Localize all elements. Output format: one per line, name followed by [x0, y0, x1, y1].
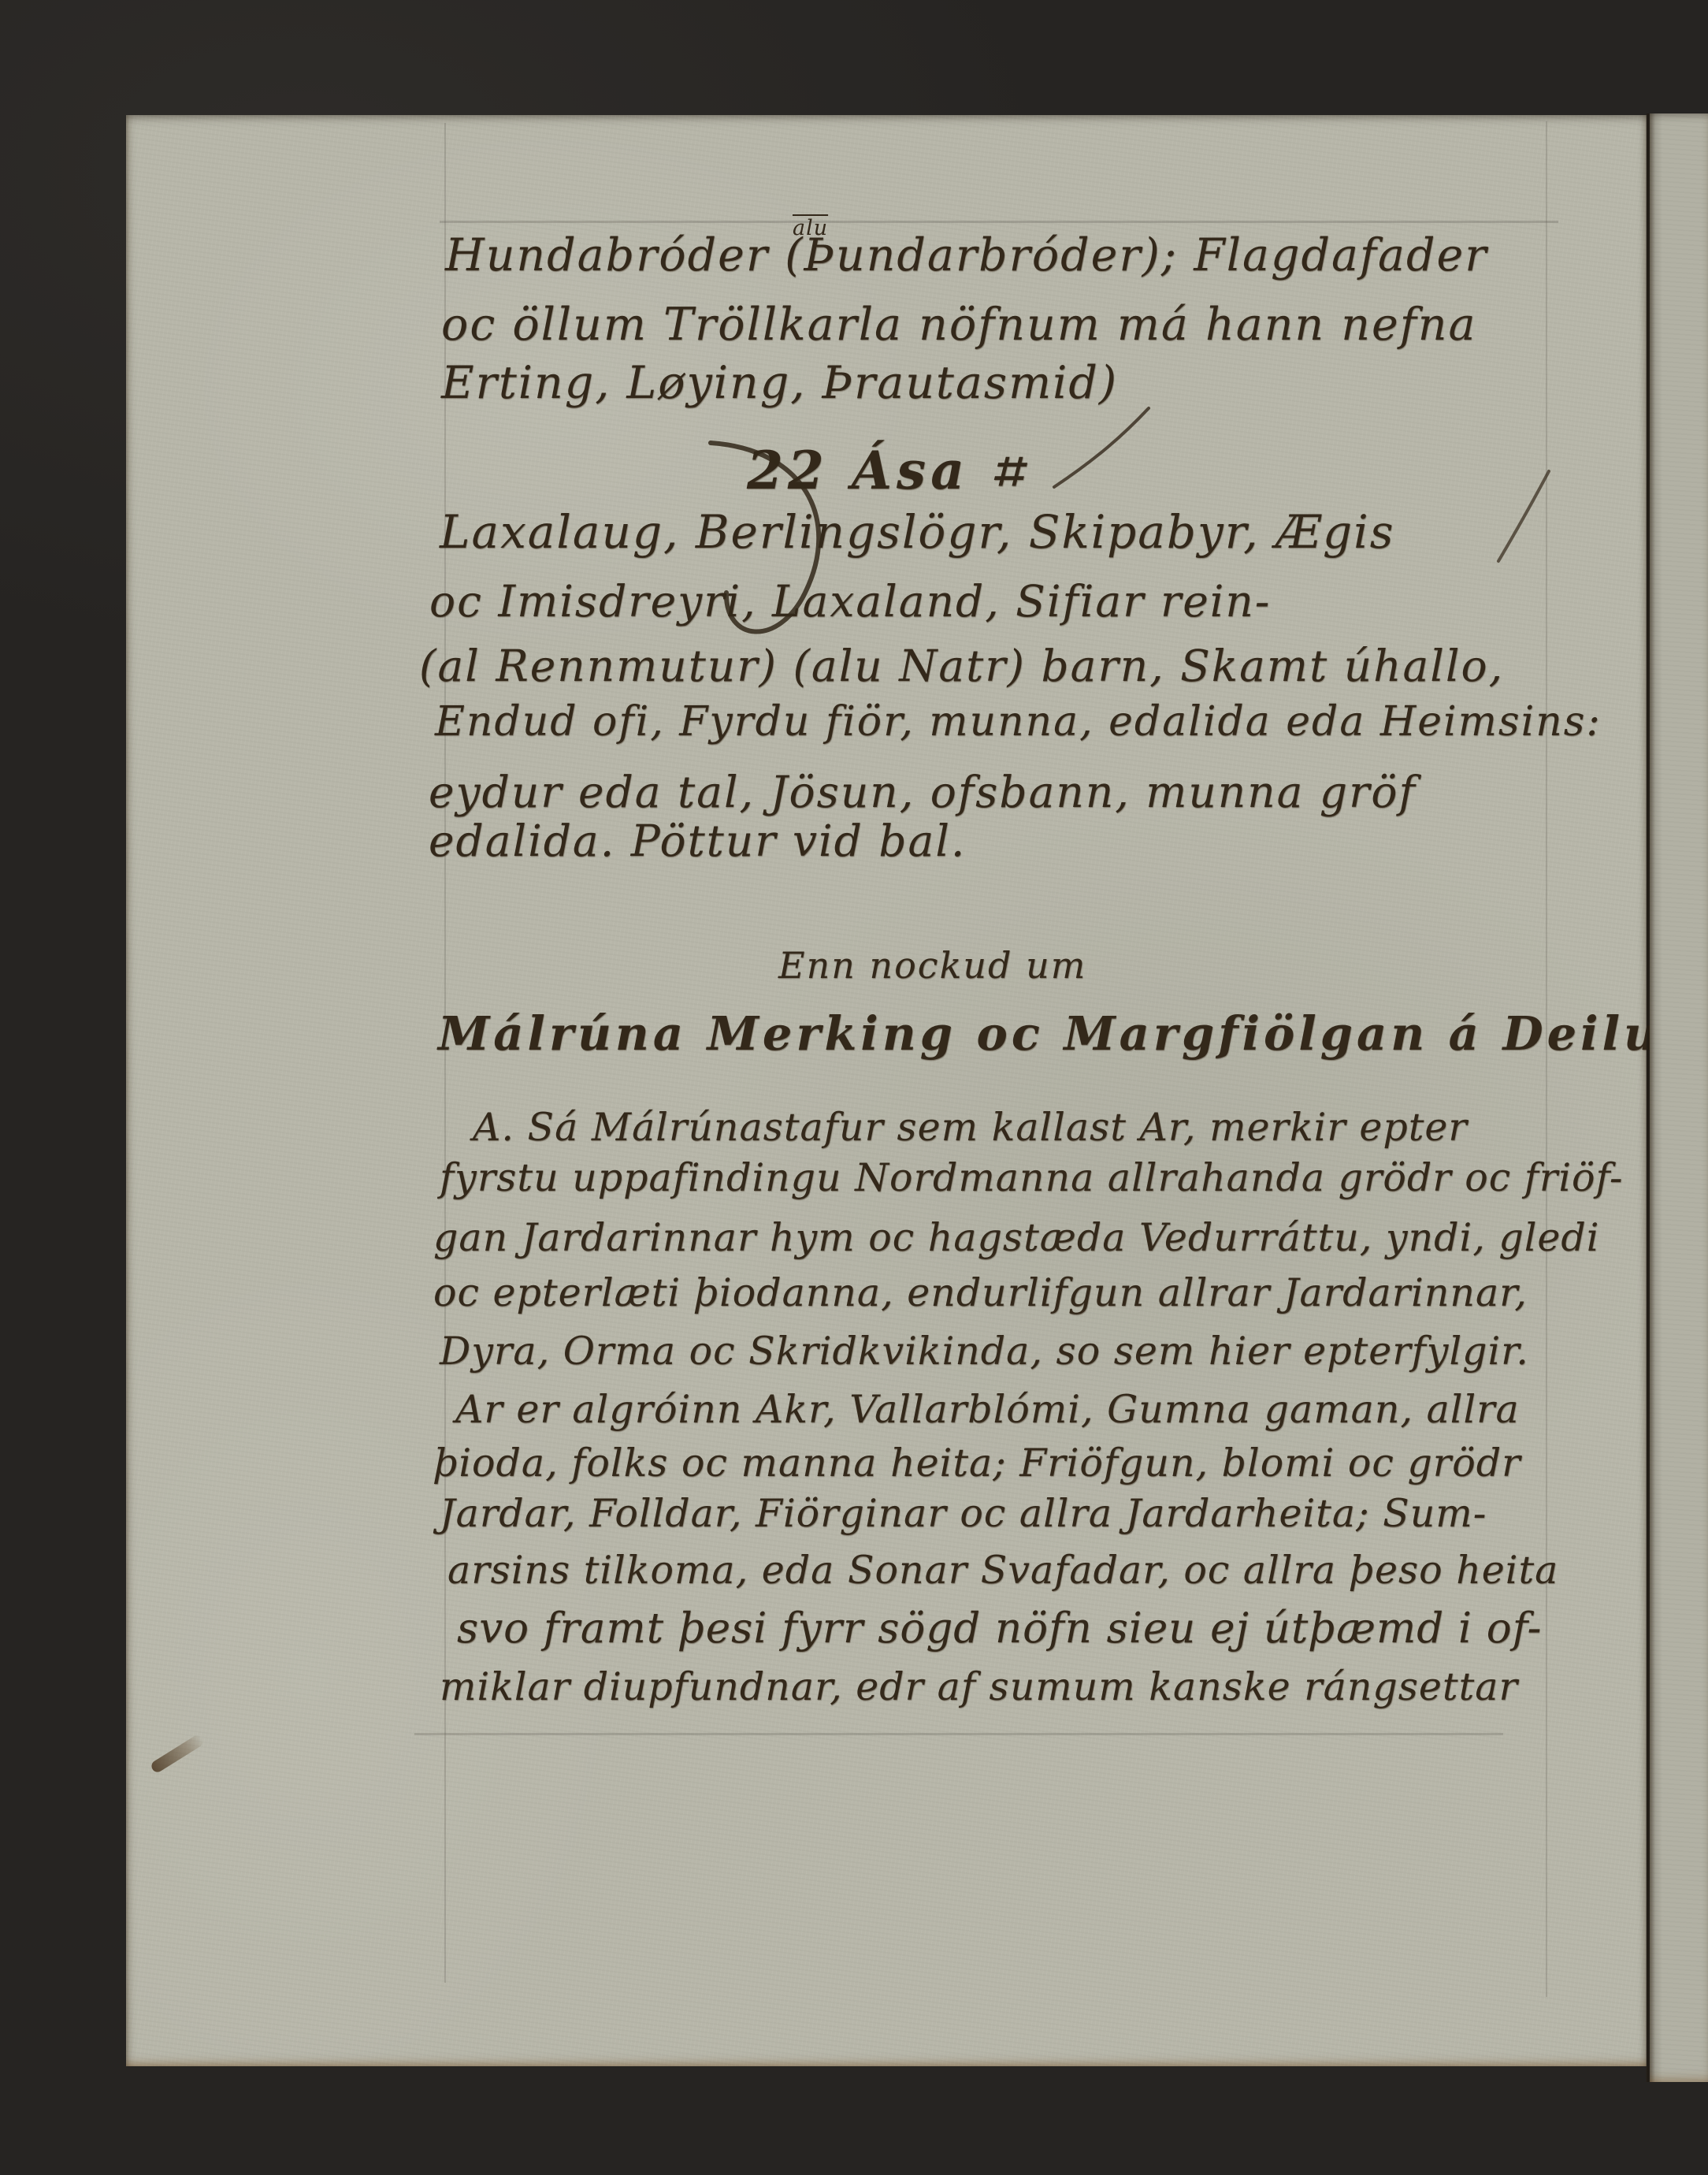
pen-flourish-tail — [711, 443, 819, 632]
manuscript-page: Hundabróder (Þundarbróder); Flagdafader … — [126, 115, 1647, 2066]
facing-page-edge — [1650, 113, 1708, 2082]
pen-flourish-upstroke — [1498, 471, 1549, 561]
flourish-strokes — [126, 115, 1647, 2066]
archive-photo-background: Hundabróder (Þundarbróder); Flagdafader … — [0, 0, 1708, 2175]
pen-flourish-upstroke — [1054, 408, 1149, 487]
